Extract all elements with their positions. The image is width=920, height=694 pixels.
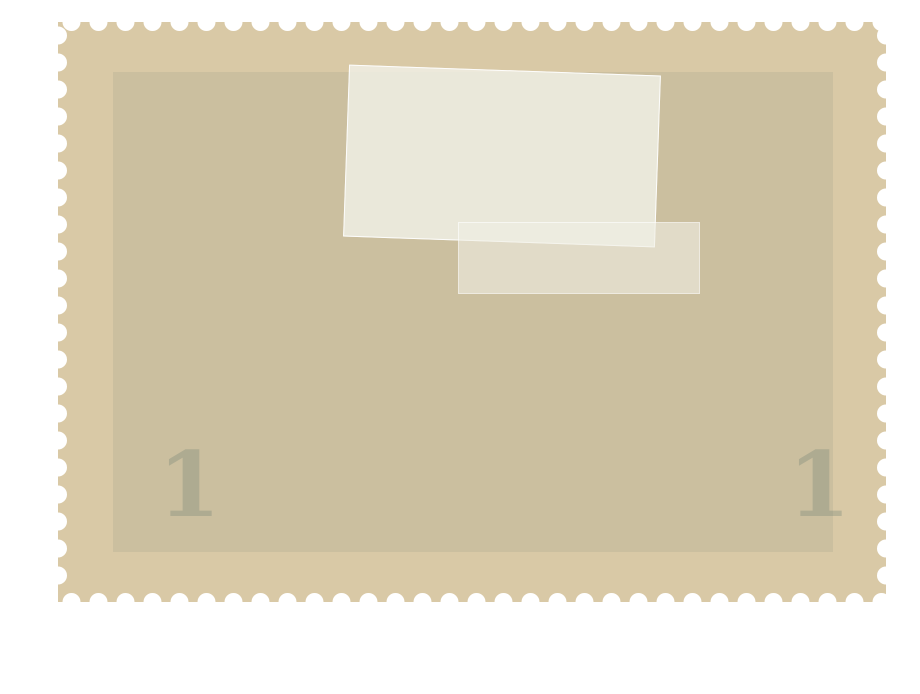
hinge-remnant [343,65,661,248]
show-through-numeral-left: 1 [158,432,221,538]
stamp-back: 1 1 [58,22,886,602]
show-through-numeral-right: 1 [788,432,851,538]
hinge-remnant-torn [458,222,700,294]
